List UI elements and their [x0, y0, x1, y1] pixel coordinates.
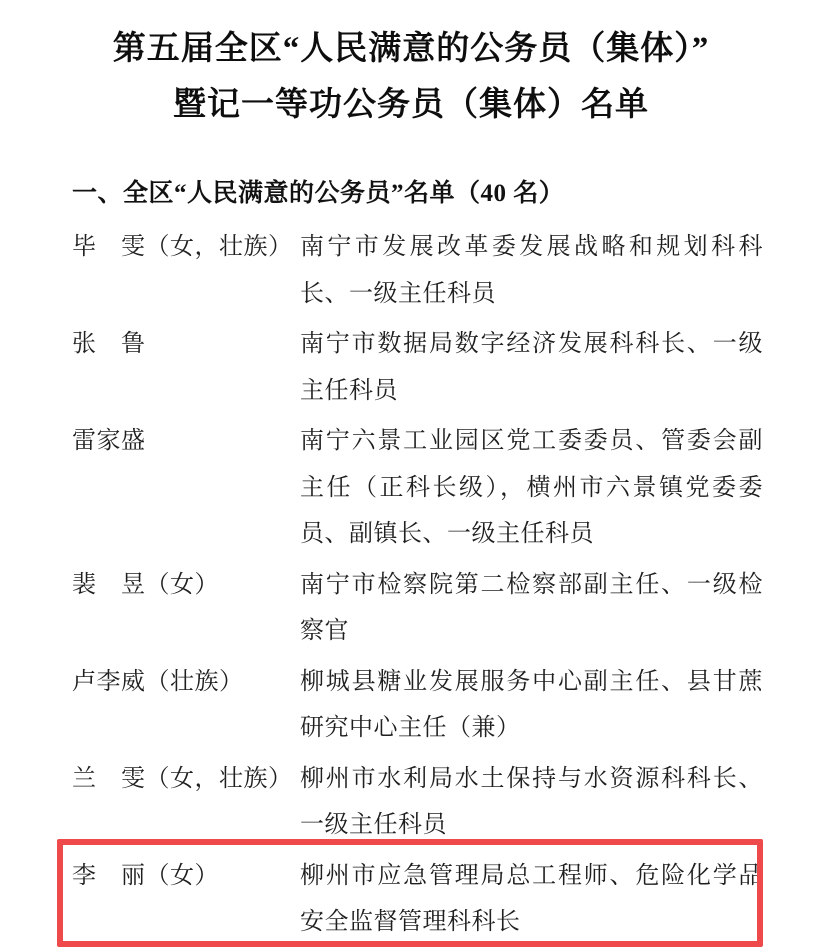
entry-name: 卢李威（壮族）: [72, 659, 300, 706]
document-title: 第五届全区“人民满意的公务员（集体）” 暨记一等功公务员（集体）名单: [0, 0, 822, 133]
name-list: 毕 雯（女，壮族） 南宁市发展改革委发展战略和规划科科长、一级主任科员 张 鲁 …: [72, 224, 763, 946]
entry-position: 南宁六景工业园区党工委委员、管委会副主任（正科长级），横州市六景镇党委委员、副镇…: [300, 418, 763, 558]
list-item: 雷家盛 南宁六景工业园区党工委委员、管委会副主任（正科长级），横州市六景镇党委委…: [72, 418, 763, 558]
entry-name: 毕 雯（女，壮族）: [72, 224, 300, 271]
list-item: 卢李威（壮族） 柳城县糖业发展服务中心副主任、县甘蔗研究中心主任（兼）: [72, 659, 763, 752]
entry-name: 兰 雯（女，壮族）: [72, 756, 300, 803]
entry-position: 南宁市数据局数字经济发展科科长、一级主任科员: [300, 321, 763, 414]
section-heading: 一、全区“人民满意的公务员”名单（40 名）: [72, 179, 763, 209]
entry-position: 柳城县糖业发展服务中心副主任、县甘蔗研究中心主任（兼）: [300, 659, 763, 752]
title-line-1: 第五届全区“人民满意的公务员（集体）”: [0, 21, 822, 77]
entry-name: 雷家盛: [72, 418, 300, 465]
entry-name: 张 鲁: [72, 321, 300, 368]
entry-position: 柳州市应急管理局总工程师、危险化学品安全监督管理科科长: [300, 853, 763, 946]
list-item: 毕 雯（女，壮族） 南宁市发展改革委发展战略和规划科科长、一级主任科员: [72, 224, 763, 317]
title-line-2: 暨记一等功公务员（集体）名单: [0, 77, 822, 133]
list-item: 裴 昱（女） 南宁市检察院第二检察部副主任、一级检察官: [72, 562, 763, 655]
entry-name: 李 丽（女）: [72, 853, 300, 900]
list-item: 兰 雯（女，壮族） 柳州市水利局水土保持与水资源科科长、一级主任科员: [72, 756, 763, 849]
list-item: 李 丽（女） 柳州市应急管理局总工程师、危险化学品安全监督管理科科长: [72, 853, 763, 946]
entry-position: 南宁市检察院第二检察部副主任、一级检察官: [300, 562, 763, 655]
list-item: 张 鲁 南宁市数据局数字经济发展科科长、一级主任科员: [72, 321, 763, 414]
entry-position: 南宁市发展改革委发展战略和规划科科长、一级主任科员: [300, 224, 763, 317]
document-page: 第五届全区“人民满意的公务员（集体）” 暨记一等功公务员（集体）名单 一、全区“…: [0, 0, 822, 951]
entry-position: 柳州市水利局水土保持与水资源科科长、一级主任科员: [300, 756, 763, 849]
entry-name: 裴 昱（女）: [72, 562, 300, 609]
